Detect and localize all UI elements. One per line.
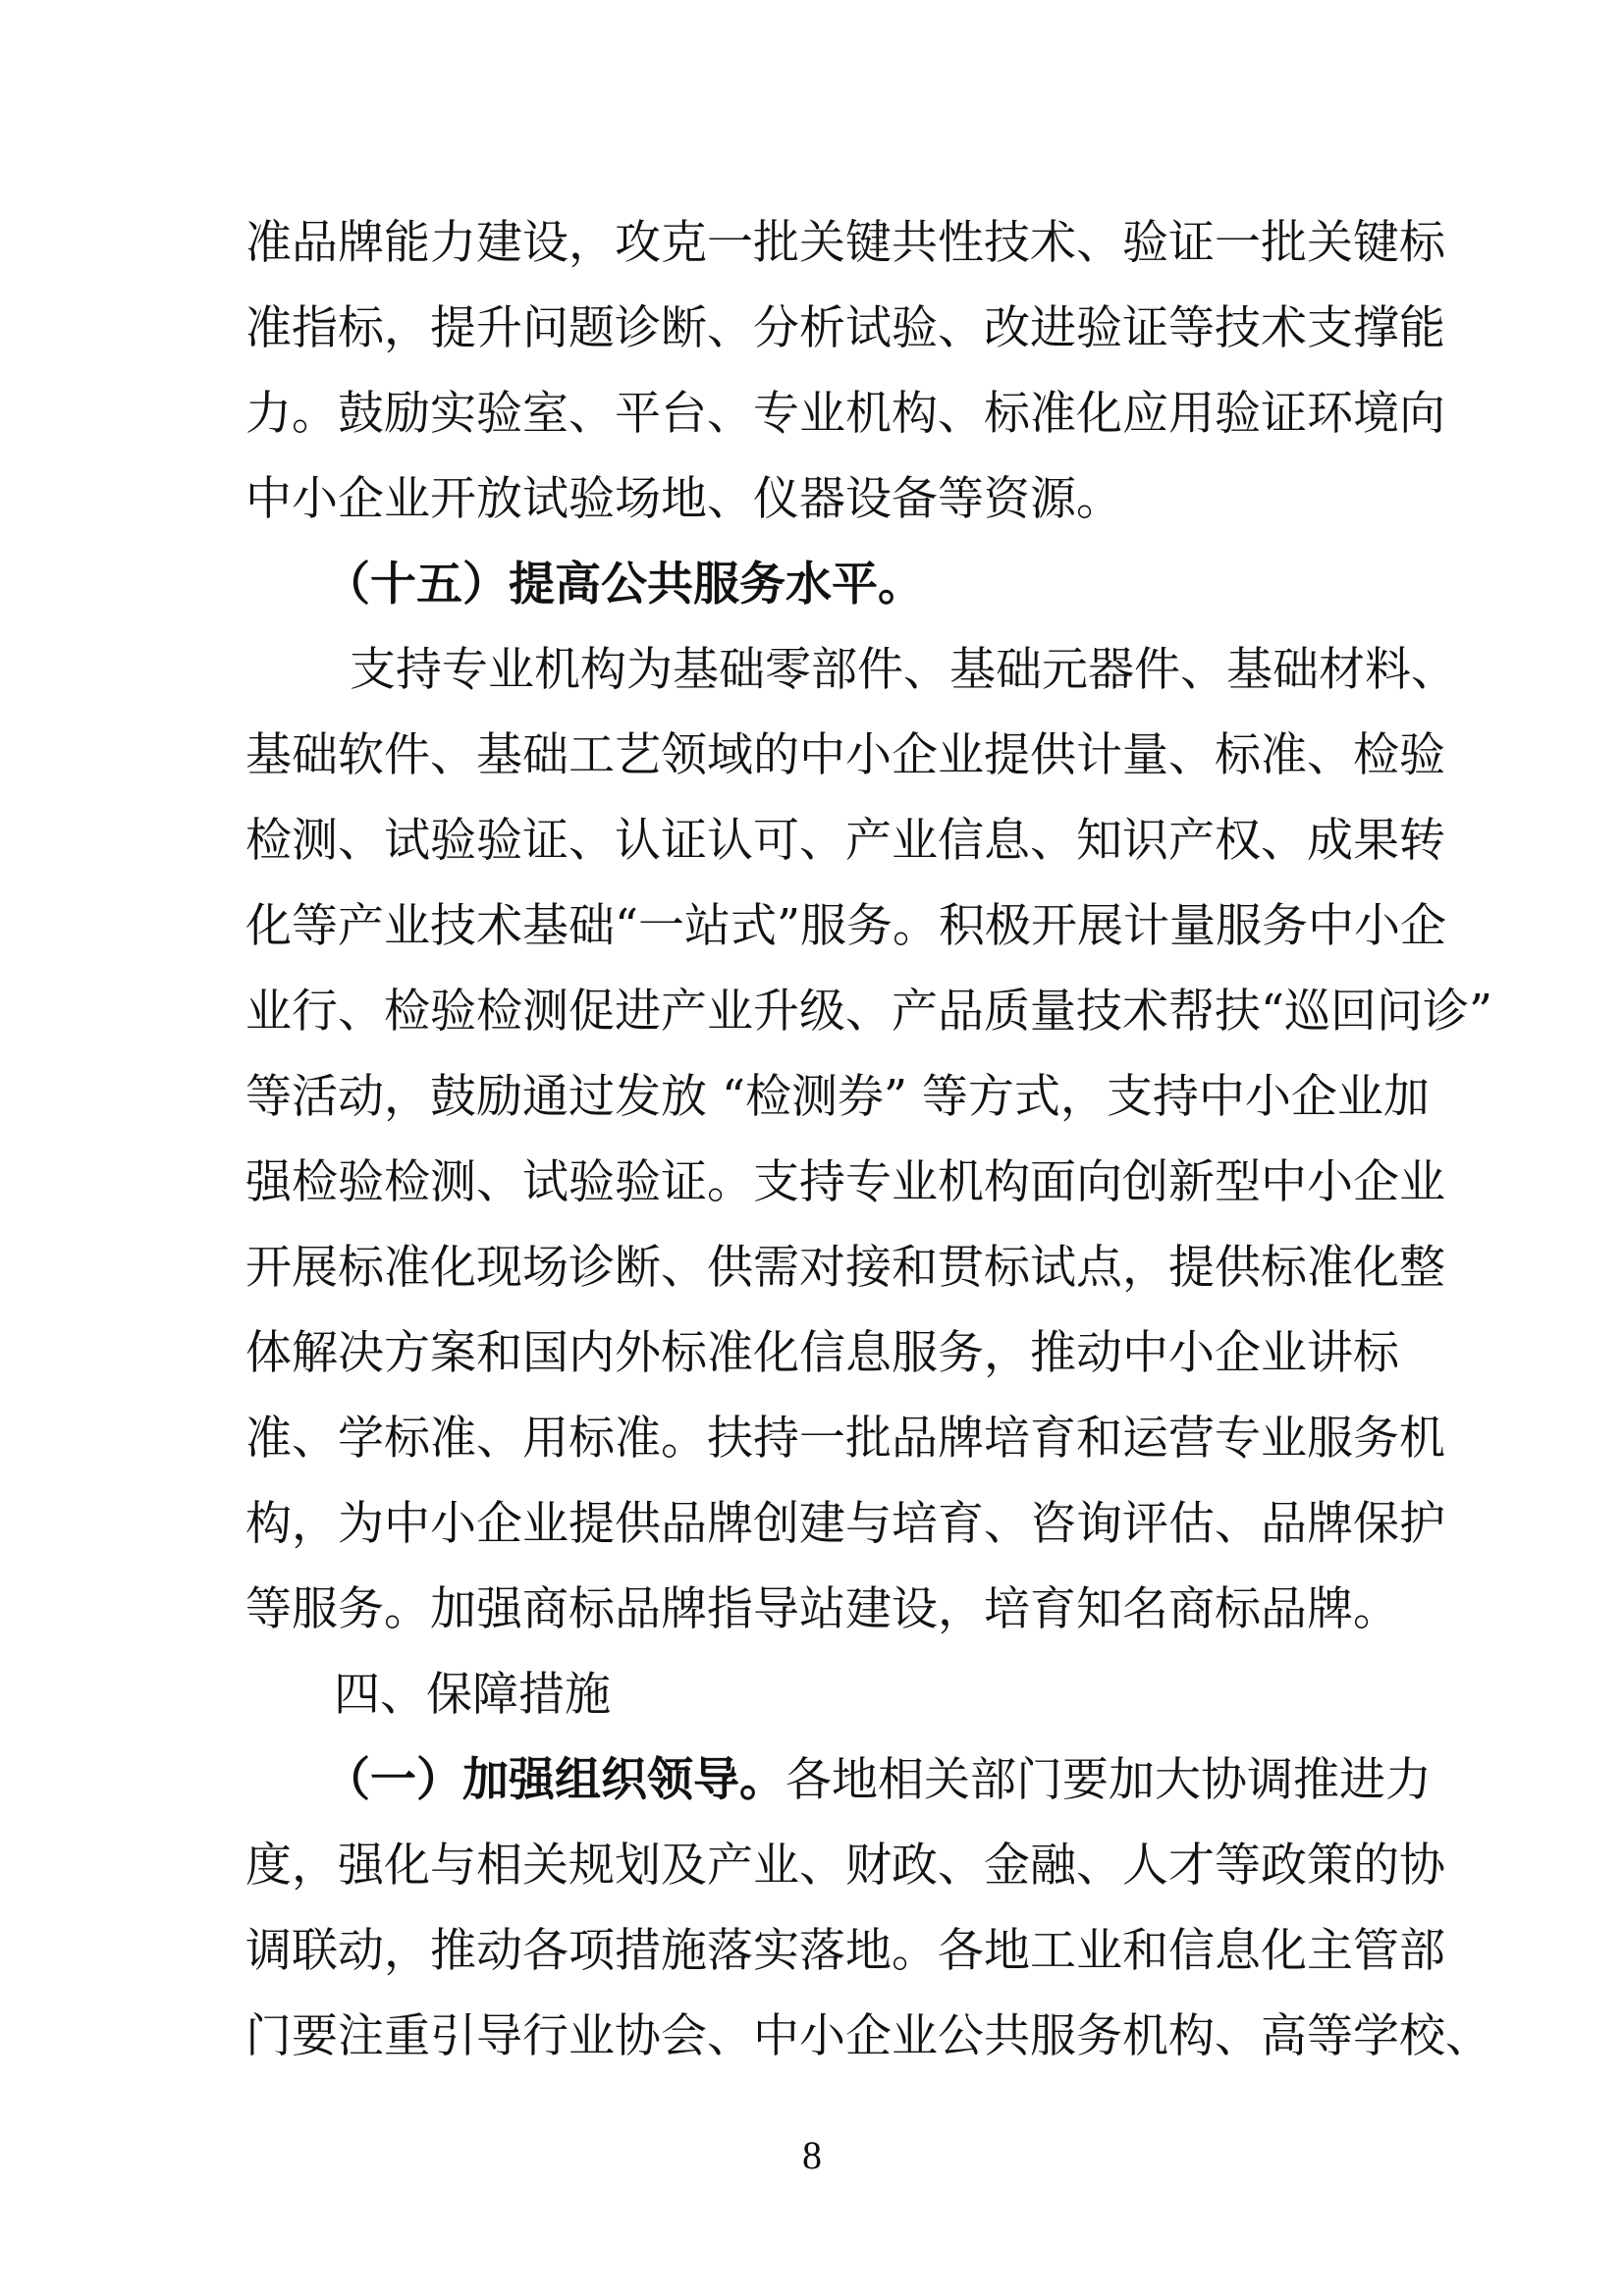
paragraph-line: 等服务。加强商标品牌指导站建设，培育知名商标品牌。	[245, 1580, 1379, 1639]
paragraph-line: 检测、试验验证、认证认可、产业信息、知识产权、成果转	[245, 812, 1379, 871]
paragraph-line: 中小企业开放试验场地、仪器设备等资源。	[245, 470, 1379, 529]
paragraph-line: 体解决方案和国内外标准化信息服务，推动中小企业讲标	[245, 1324, 1379, 1383]
paragraph-line: 支持专业机构为基础零部件、基础元器件、基础材料、	[350, 641, 1379, 700]
section-heading-15: （十五）提高公共服务水平。	[324, 556, 1353, 614]
paragraph-line: 强检验检测、试验验证。支持专业机构面向创新型中小企业	[245, 1153, 1379, 1212]
paragraph-line: 调联动，推动各项措施落实落地。各地工业和信息化主管部	[245, 1922, 1379, 1981]
paragraph-line: 业行、检验检测促进产业升级、产品质量技术帮扶“巡回问诊”	[245, 983, 1379, 1041]
paragraph-line: 开展标准化现场诊断、供需对接和贯标试点，提供标准化整	[245, 1239, 1379, 1298]
paragraph-line: 力。鼓励实验室、平台、专业机构、标准化应用验证环境向	[245, 385, 1379, 444]
paragraph-line: 准指标，提升问题诊断、分析试验、改进验证等技术支撑能	[245, 299, 1379, 358]
paragraph-line: 门要注重引导行业协会、中小企业公共服务机构、高等学校、	[245, 2007, 1379, 2066]
paragraph-line: 构，为中小企业提供品牌创建与培育、咨询评估、品牌保护	[245, 1495, 1379, 1554]
document-page: 准品牌能力建设，攻克一批关键共性技术、验证一批关键标 准指标，提升问题诊断、分析…	[0, 0, 1624, 2296]
paragraph-line: 准、学标准、用标准。扶持一批品牌培育和运营专业服务机	[245, 1410, 1379, 1468]
paragraph-line: 等活动，鼓励通过发放 “检测券” 等方式，支持中小企业加	[245, 1068, 1379, 1127]
item-heading-1: （一）加强组织领导。	[324, 1753, 785, 1807]
paragraph-line-item1: （一）加强组织领导。各地相关部门要加大协调推进力	[324, 1751, 1379, 1810]
paragraph-line: 基础软件、基础工艺领域的中小企业提供计量、标准、检验	[245, 726, 1379, 785]
page-number: 8	[0, 2132, 1624, 2178]
item-text: 各地相关部门要加大协调推进力	[785, 1753, 1432, 1807]
section-heading-4: 四、保障措施	[334, 1666, 1363, 1725]
paragraph-line: 度，强化与相关规划及产业、财政、金融、人才等政策的协	[245, 1837, 1379, 1896]
paragraph-line: 化等产业技术基础“一站式”服务。积极开展计量服务中小企	[245, 897, 1379, 956]
paragraph-line: 准品牌能力建设，攻克一批关键共性技术、验证一批关键标	[245, 214, 1379, 273]
